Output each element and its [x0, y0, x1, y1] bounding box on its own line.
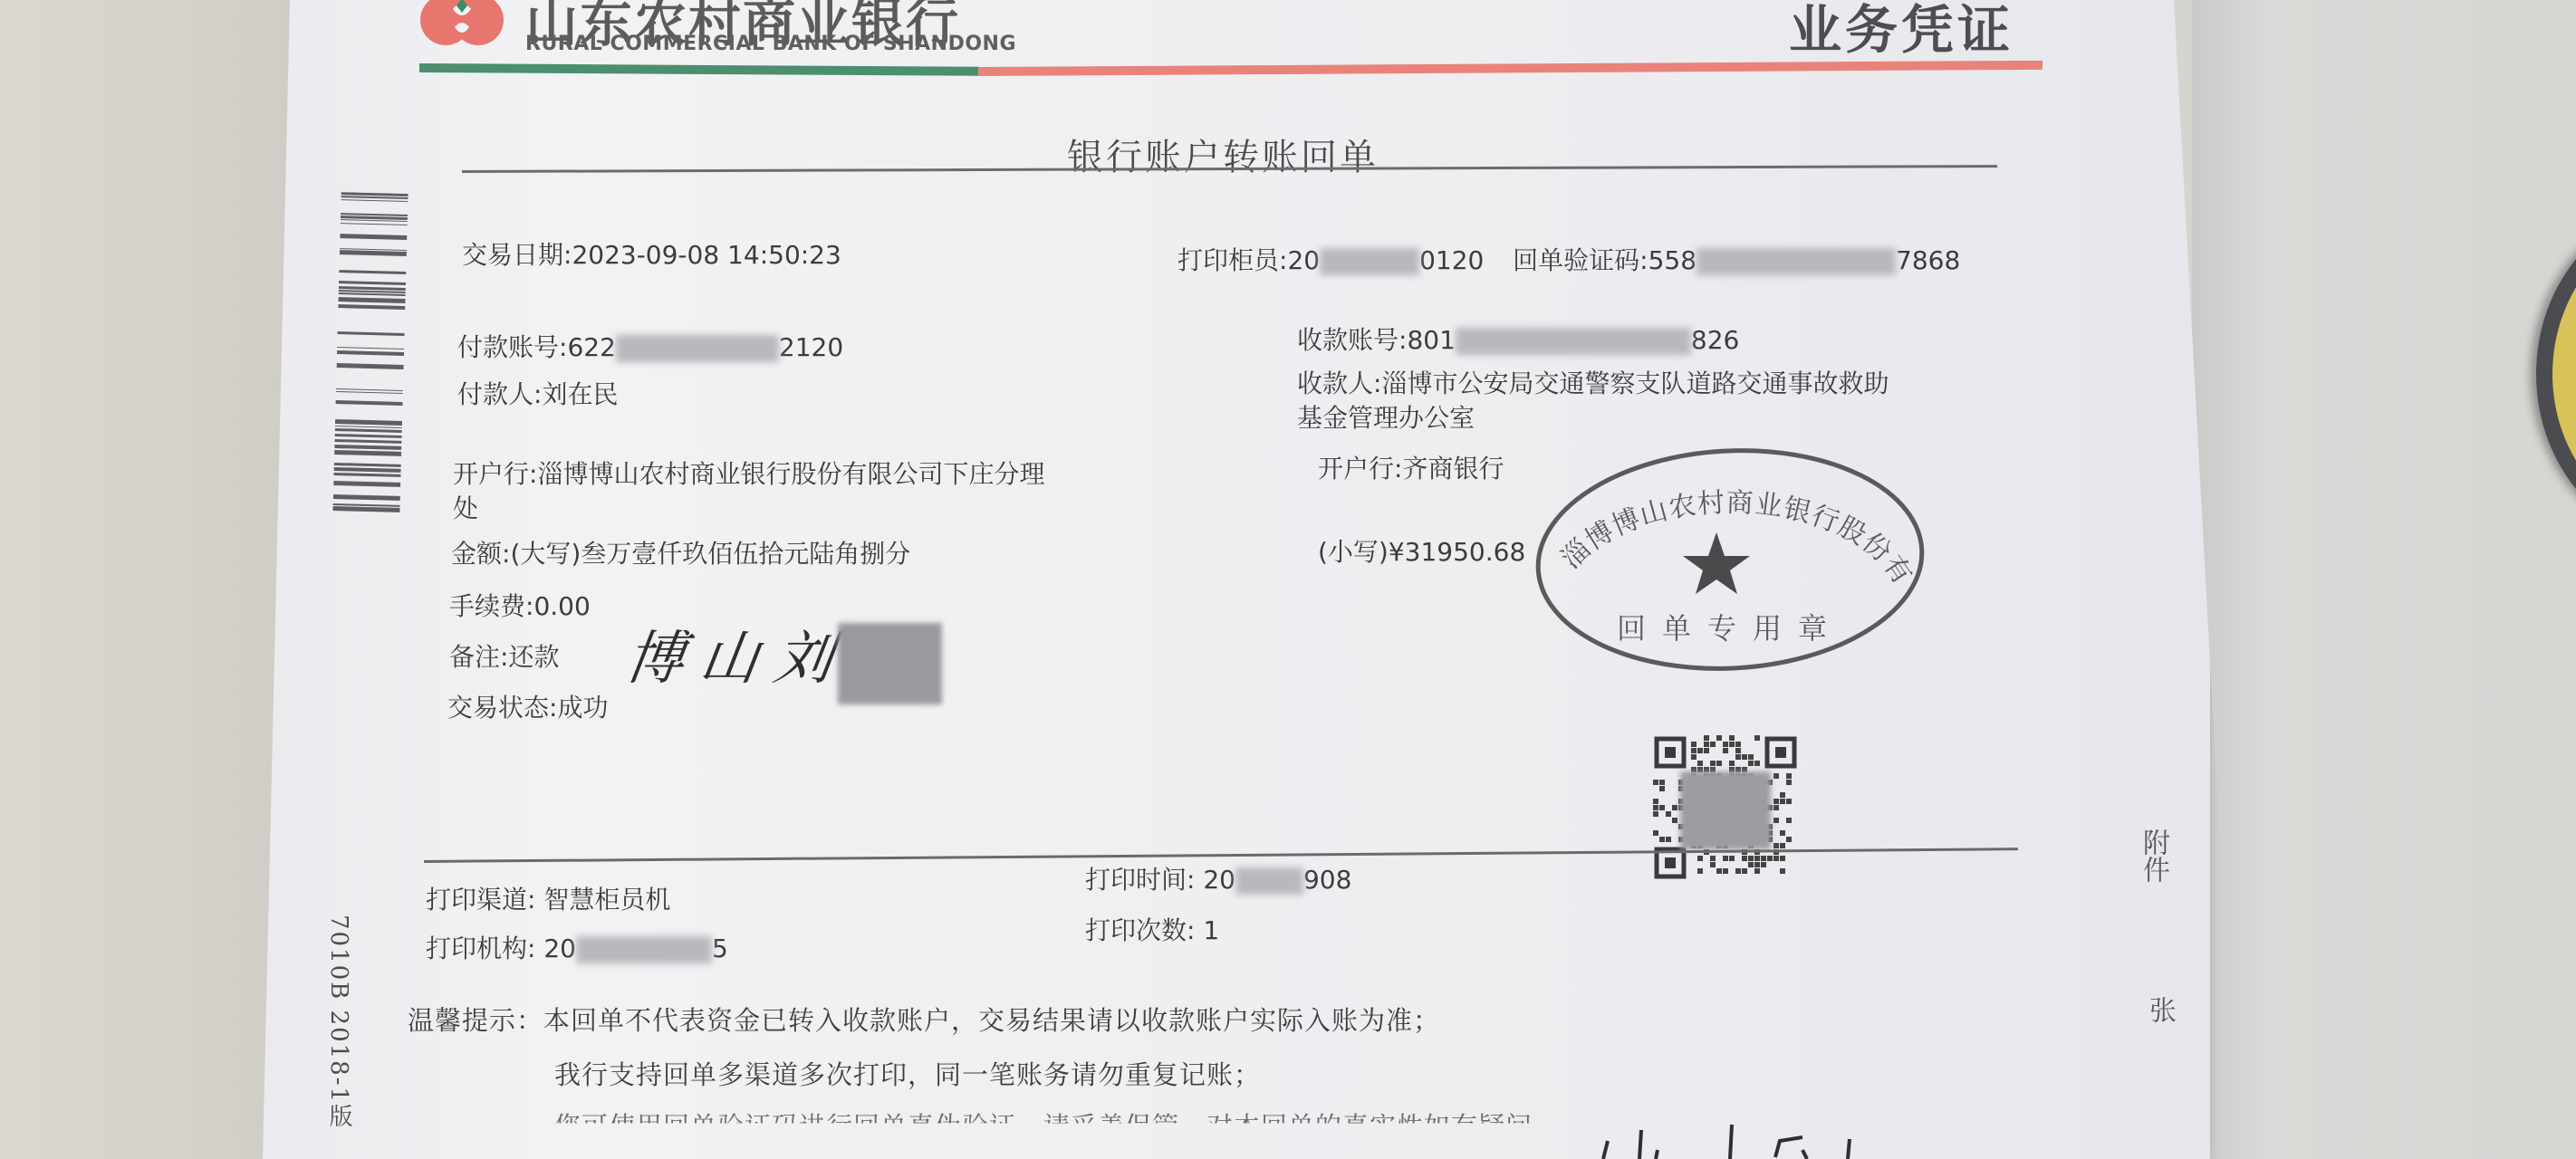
amount-label: 金额: [451, 539, 510, 569]
redaction [1235, 867, 1303, 895]
print-org-suffix: 5 [712, 934, 728, 963]
notice-label: 温馨提示： [408, 1005, 543, 1036]
svg-text:回单专用章: 回单专用章 [1617, 611, 1843, 646]
payer-account-label: 付款账号: [457, 332, 567, 362]
amount-lowercase-value: ¥31950.68 [1389, 537, 1525, 567]
print-count-label: 打印次数: [1085, 915, 1195, 945]
amount-uppercase-value: 叁万壹仟玖佰伍拾元陆角捌分 [581, 539, 910, 569]
payer-bank: 开户行:淄博博山农村商业银行股份有限公司下庄分理 [453, 455, 1044, 491]
status-value: 成功 [557, 693, 608, 723]
payee-name-line2: 基金管理办公室 [1297, 398, 1475, 435]
print-count-value: 1 [1203, 915, 1219, 945]
payee-name-line1: 淄博市公安局交通警察支队道路交通事故救助 [1381, 369, 1889, 398]
teller-info: 打印柜员:200120 回单验证码:5587868 [1177, 241, 1960, 277]
fee: 手续费:0.00 [449, 587, 591, 623]
desk-surface [2192, 0, 2576, 1159]
teller-prefix: 20 [1287, 245, 1320, 275]
bank-seal: 淄博博山农村商业银行股份有限公司 回单专用章 [1531, 444, 1929, 675]
notice-text-1: 本回单不代表资金已转入收款账户，交易结果请以收款账户实际入账为准； [543, 1005, 1440, 1036]
verify-code-prefix: 558 [1648, 245, 1697, 275]
redaction [616, 335, 779, 362]
payer-name-value: 刘在民 [542, 379, 618, 409]
trade-date: 交易日期:2023-09-08 14:50:23 [462, 235, 841, 272]
print-channel: 打印渠道: 智慧柜员机 [426, 880, 670, 916]
amount-lowercase: (小写)¥31950.68 [1318, 532, 1525, 569]
star-icon [1683, 532, 1750, 594]
trade-date-value: 2023-09-08 14:50:23 [572, 240, 841, 270]
attachment-unit: 张 [2139, 996, 2179, 1023]
redaction [838, 623, 942, 704]
notice-line-2: 我行支持回单多渠道多次打印，同一笔账务请勿重复记账； [554, 1055, 1261, 1092]
status-label: 交易状态: [447, 693, 557, 723]
form-code: 7010B 2018-1版 [322, 915, 356, 1129]
bank-name-en: RURAL COMMERCIAL BANK OF SHANDONG [525, 33, 1016, 55]
redaction [1320, 248, 1419, 275]
print-count: 打印次数: 1 [1085, 911, 1219, 947]
payee-name-label: 收款人: [1297, 369, 1381, 398]
print-org-prefix: 20 [543, 934, 576, 963]
redaction [1697, 248, 1896, 275]
payee-bank-label: 开户行: [1318, 454, 1402, 484]
print-time-suffix: 908 [1303, 865, 1351, 895]
payer-bank-line1: 淄博博山农村商业银行股份有限公司下庄分理 [537, 459, 1044, 489]
payee-name: 收款人:淄博市公安局交通警察支队道路交通事故救助 [1297, 364, 1889, 400]
payee-account-prefix: 801 [1407, 325, 1455, 355]
payer-account-prefix: 622 [567, 332, 615, 362]
fee-value: 0.00 [533, 591, 590, 621]
trade-status: 交易状态:成功 [447, 688, 608, 724]
fee-label: 手续费: [449, 591, 533, 621]
print-channel-label: 打印渠道: [426, 885, 535, 915]
teller-label: 打印柜员: [1177, 245, 1287, 275]
payee-account: 收款账号:801826 [1297, 321, 1739, 357]
teller-suffix: 0120 [1419, 245, 1484, 275]
verify-code-suffix: 7868 [1896, 245, 1960, 275]
payer-bank-label: 开户行: [453, 459, 537, 489]
remark-value: 还款 [508, 642, 559, 672]
redaction [576, 936, 712, 963]
amount-uppercase: 金额:(大写)叁万壹仟玖佰伍拾元陆角捌分 [451, 534, 910, 570]
barcode-icon [332, 192, 408, 514]
payee-account-suffix: 826 [1691, 325, 1739, 355]
document-title: 银行账户转账回单 [1067, 129, 1379, 180]
bank-logo-icon [418, 0, 505, 56]
voucher-label: 业务凭证 [1789, 0, 2014, 63]
payee-bank-value: 齐商银行 [1402, 454, 1504, 484]
trade-date-label: 交易日期: [462, 240, 572, 270]
attachment-label: 附件 [2133, 829, 2173, 883]
print-time-label: 打印时间: [1085, 865, 1195, 895]
amount-uppercase-prefix: (大写) [510, 539, 581, 569]
handwritten-note: 博山刘 [621, 612, 856, 695]
amount-lowercase-prefix: (小写) [1318, 537, 1389, 567]
print-channel-value: 智慧柜员机 [543, 885, 670, 915]
payee-bank: 开户行:齐商银行 [1318, 449, 1504, 485]
payer-name-label: 付款人: [457, 379, 542, 409]
remark: 备注:还款 [449, 637, 559, 674]
payer-name: 付款人:刘在民 [457, 375, 618, 411]
remark-label: 备注: [449, 642, 508, 672]
redaction [1456, 328, 1691, 355]
verify-code-label: 回单验证码: [1513, 245, 1648, 275]
handwriting-strokes [1585, 1123, 2038, 1159]
payee-account-label: 收款账号: [1297, 325, 1407, 355]
qr-code-icon [1653, 735, 1798, 880]
print-time: 打印时间: 20908 [1085, 860, 1351, 896]
payer-bank-line2: 处 [453, 489, 478, 525]
print-time-prefix: 20 [1203, 865, 1235, 895]
print-org-label: 打印机构: [426, 934, 535, 963]
print-org: 打印机构: 205 [426, 929, 728, 965]
notice-line-1: 温馨提示：本回单不代表资金已转入收款账户，交易结果请以收款账户实际入账为准； [408, 1001, 1440, 1038]
payer-account: 付款账号:6222120 [457, 328, 843, 364]
payer-account-suffix: 2120 [779, 332, 843, 362]
